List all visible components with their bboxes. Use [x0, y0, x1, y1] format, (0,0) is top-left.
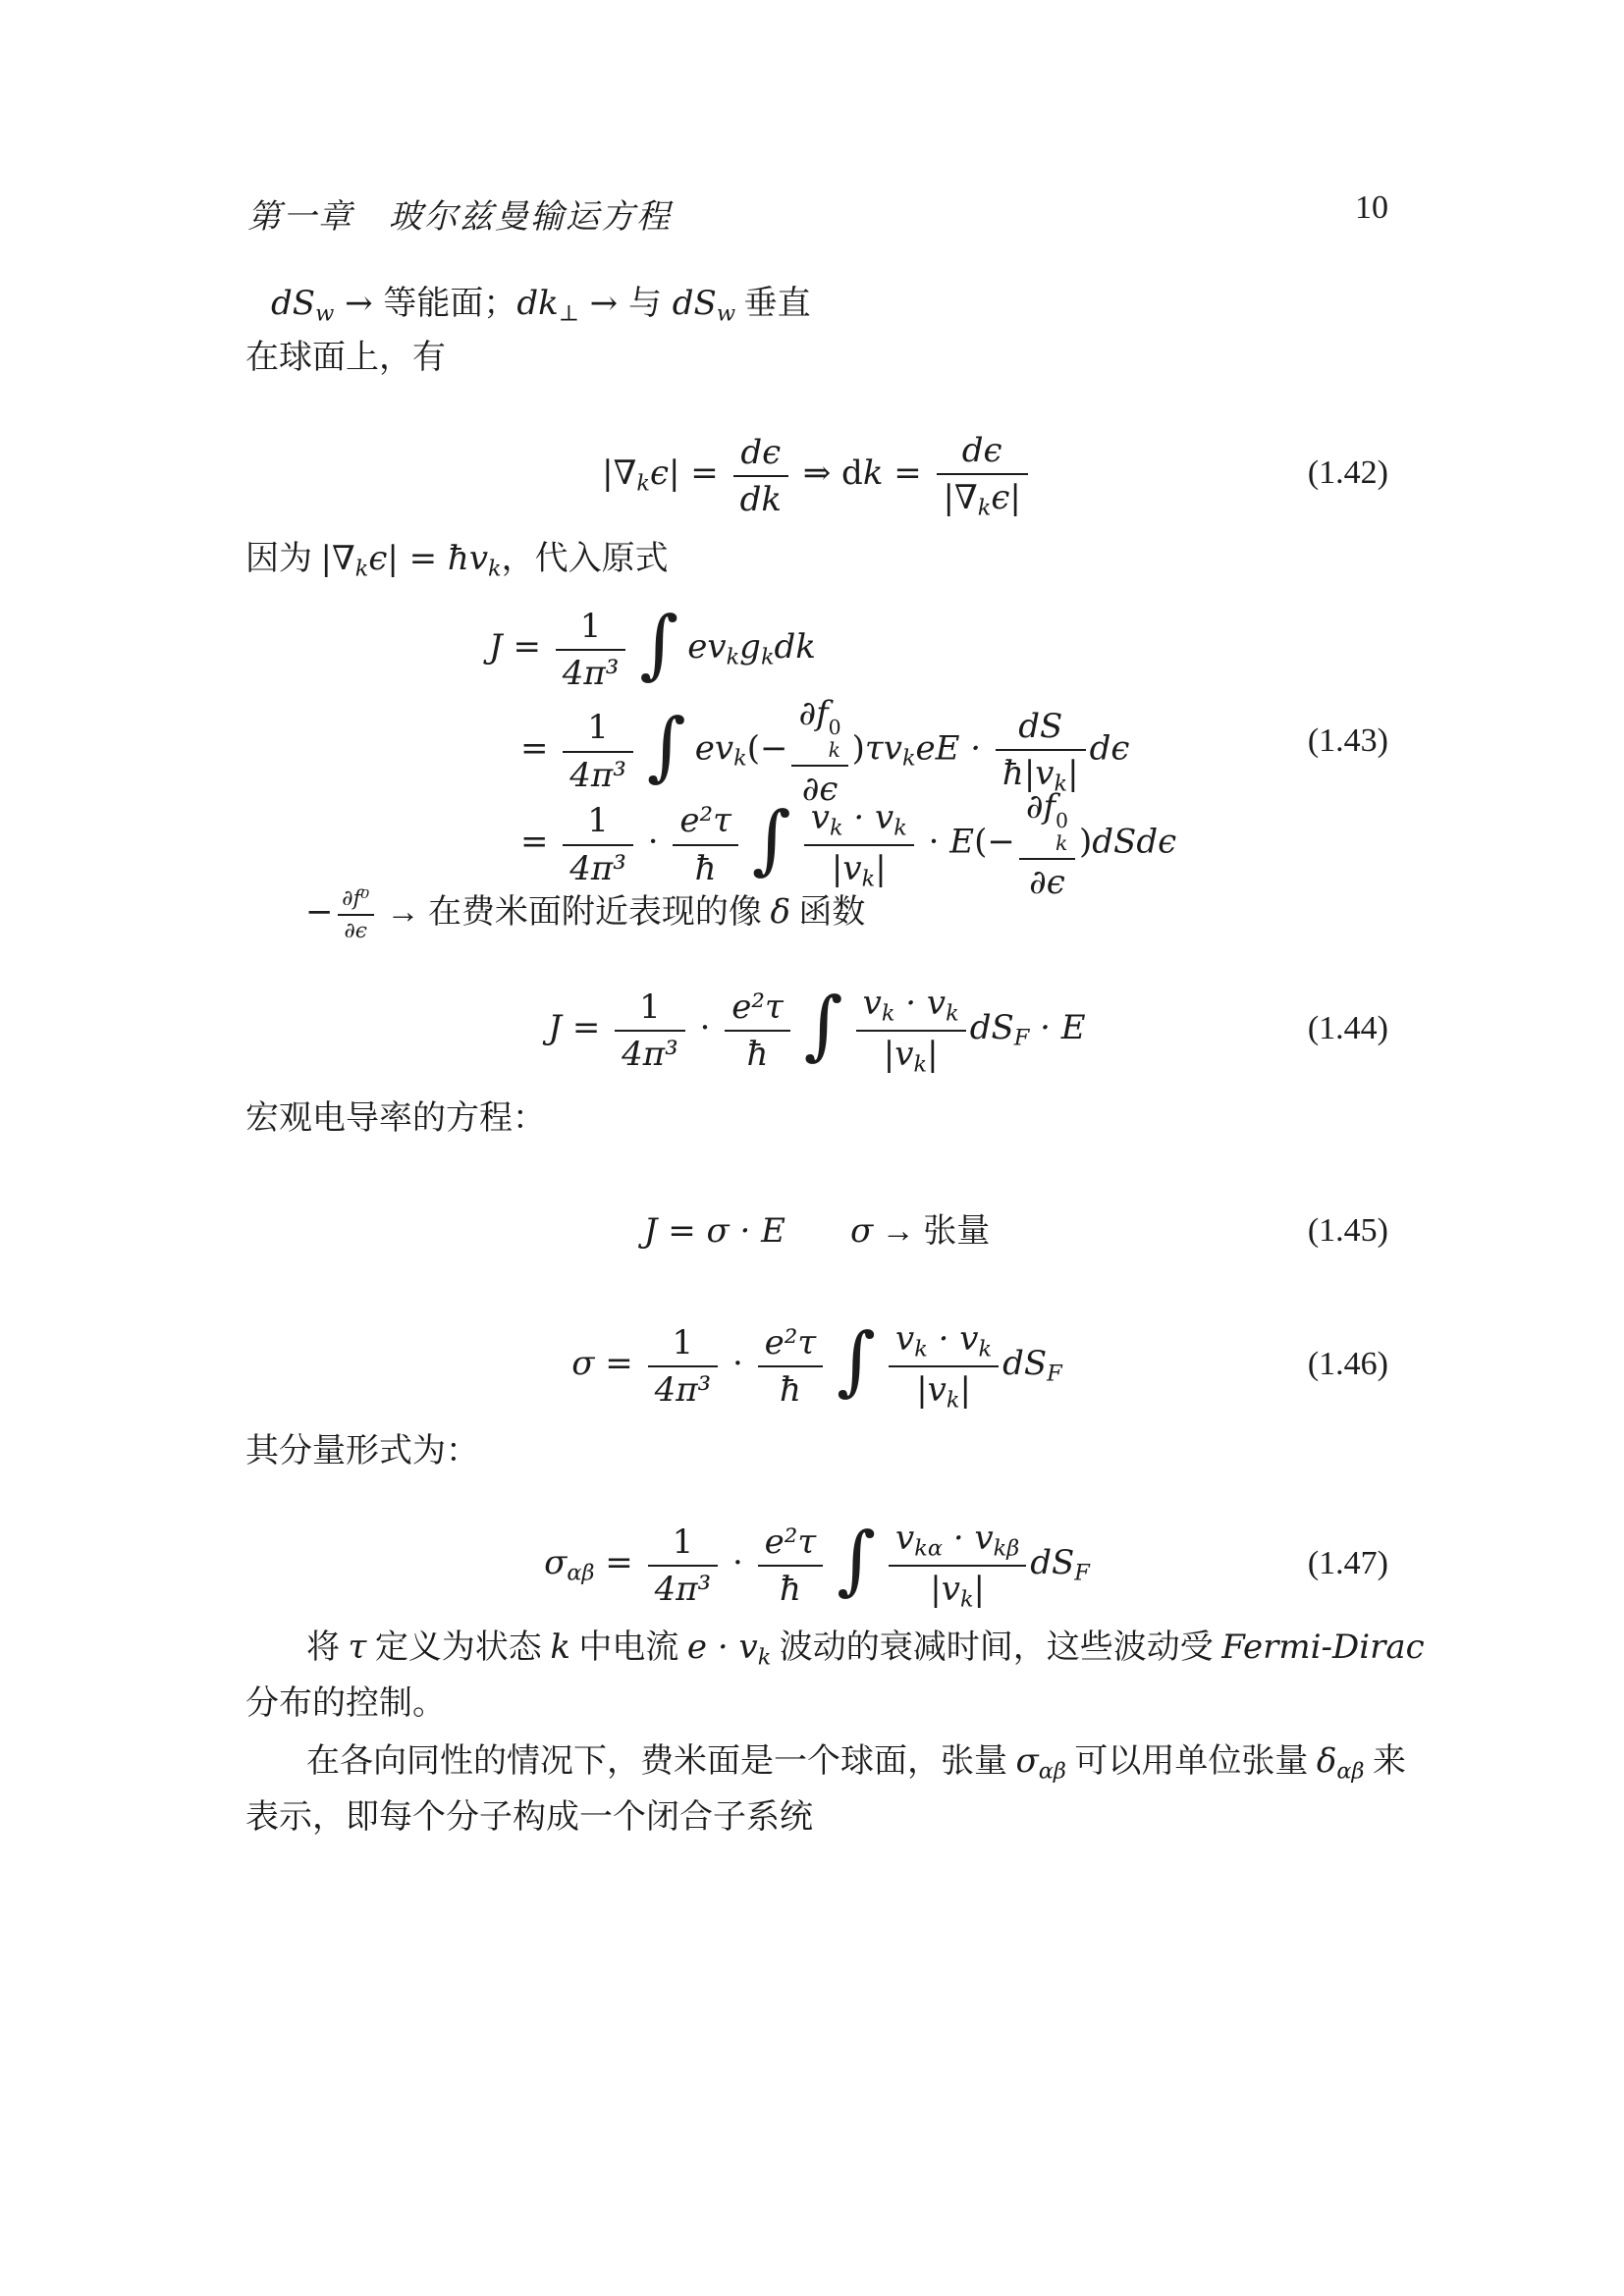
math-text: = — [679, 454, 729, 493]
equation-1-47: σαβ = 14π³ · e²τħ∫vkα · vkβ|vk|dSF (1.47… — [245, 1517, 1388, 1610]
numerator: e²τ — [758, 1522, 824, 1567]
math-text: ϵ| — [991, 478, 1021, 517]
fraction: vk · vk|vk| — [889, 1319, 999, 1414]
math-text: ⇒ d — [792, 454, 863, 493]
subscript: w — [717, 300, 735, 326]
equation-1-42: |∇kϵ| = dϵdk ⇒ dk = dϵ|∇kϵ| (1.42) — [245, 430, 1388, 516]
math-text: dS — [271, 284, 315, 323]
math-text: ∂f — [1026, 787, 1056, 827]
math-text: · — [689, 1008, 721, 1047]
numerator: e²τ — [725, 988, 790, 1032]
math-text: σ — [544, 1543, 567, 1582]
text-fragment: 垂直 — [735, 286, 811, 322]
fraction: e²τħ — [673, 801, 738, 887]
integral-sign: ∫ — [837, 1317, 876, 1405]
subscript: kα — [914, 1536, 943, 1562]
subscript: k — [893, 815, 907, 840]
equation-1-43: J = 14π³∫evkgkdk = 14π³∫evk(−∂f0k∂ϵ)τvke… — [245, 601, 1388, 881]
subscript: k — [829, 739, 840, 762]
integral-sign: ∫ — [639, 601, 678, 688]
fraction: ∂f0k∂ϵ — [1019, 787, 1075, 902]
numerator: e²τ — [758, 1323, 824, 1367]
math-text: · v — [843, 798, 894, 837]
math-text: = — [399, 539, 448, 578]
denominator: 4π³ — [615, 1032, 685, 1074]
denominator: |vk| — [856, 1032, 966, 1078]
text-fragment: 因为 — [245, 541, 321, 577]
line-component-form-intro: 其分量形式为： — [245, 1423, 479, 1471]
math-text: ev — [687, 627, 726, 667]
document-page: 第一章 玻尔兹曼输运方程 10 dSw → 等能面；dk⊥ → 与 dSw 垂直… — [0, 0, 1624, 2296]
superscript: 0 — [1056, 810, 1068, 832]
text-fragment: 来 — [1364, 1743, 1406, 1780]
numerator: 1 — [556, 607, 626, 651]
numerator: vk · vk — [856, 984, 966, 1032]
equation-number: (1.47) — [1308, 1545, 1388, 1582]
math-text: · E — [1029, 1008, 1085, 1047]
math-text: | — [974, 1570, 985, 1609]
line-delta-function-note: −∂f⁰∂ϵ → 在费米面附近表现的像 δ 函数 — [305, 881, 865, 943]
math-text: · — [722, 1543, 753, 1582]
fraction: 14π³ — [563, 708, 633, 794]
fraction: 14π³ — [563, 801, 633, 887]
equation-number: (1.44) — [1308, 1010, 1388, 1047]
math-text: = — [883, 454, 932, 493]
numerator: 1 — [615, 988, 685, 1032]
math-text: · — [637, 822, 669, 861]
superscript: 0 — [829, 717, 841, 739]
math-text: dS — [673, 284, 717, 323]
fraction: 14π³ — [648, 1323, 719, 1410]
integral-sign: ∫ — [837, 1517, 876, 1604]
numerator: dϵ — [937, 431, 1028, 475]
text-fragment: 中电流 — [570, 1629, 687, 1666]
equation-1-43-line-2: = 14π³∫evk(−∂f0k∂ϵ)τvkeE · dSħ|vk|dϵ — [245, 694, 1388, 787]
numerator: vk · vk — [804, 798, 914, 846]
math-text: k — [550, 1628, 570, 1667]
equation-1-45: J = σ · Eσ → 张量 (1.45) — [245, 1210, 1388, 1252]
math-text: ϵ| — [368, 539, 399, 578]
integral-sign: ∫ — [752, 796, 791, 883]
math-text: |∇ — [944, 478, 978, 517]
math-text: dS — [1002, 1344, 1047, 1383]
math-text: dS — [970, 1008, 1014, 1047]
math-text: ∂f — [798, 694, 828, 733]
math-text: Fermi-Dirac — [1221, 1628, 1424, 1667]
header-chapter-title: 第一章 玻尔兹曼输运方程 — [247, 189, 672, 238]
subscript: k — [1056, 832, 1067, 855]
math-text: |v — [916, 1370, 947, 1410]
subscript: k — [946, 1001, 959, 1027]
math-text: · — [918, 822, 949, 861]
equation-1-43-line-3: = 14π³ · e²τħ∫vk · vk|vk| · E(−∂f0k∂ϵ)dS… — [245, 787, 1388, 881]
fraction: e²τħ — [758, 1323, 824, 1410]
subscript: kβ — [994, 1536, 1020, 1562]
numerator: 1 — [648, 1323, 719, 1367]
subscript: k — [636, 470, 650, 496]
denominator: 4π³ — [556, 651, 626, 693]
denominator: |∇kϵ| — [937, 475, 1028, 521]
integral-sign: ∫ — [647, 703, 686, 790]
math-text: · v — [943, 1519, 994, 1558]
math-text: E — [949, 822, 974, 861]
numerator: e²τ — [673, 801, 738, 845]
text-fragment: 在各向同性的情况下，费米面是一个球面，张量 — [306, 1743, 1016, 1780]
text-fragment: → 在费米面附近表现的像 — [378, 894, 771, 931]
fraction: 14π³ — [556, 607, 626, 693]
numerator: 1 — [648, 1522, 719, 1567]
math-text: = — [520, 822, 559, 861]
math-text: = — [503, 627, 552, 667]
math-text: = — [594, 1344, 643, 1383]
subscript: k — [979, 1337, 993, 1362]
text-fragment: 定义为状态 — [366, 1629, 550, 1666]
subscript: F — [1014, 1025, 1030, 1050]
equation-1-46: σ = 14π³ · e²τħ∫vk · vk|vk|dSF (1.46) — [245, 1317, 1388, 1411]
line-surface-definitions: dSw → 等能面；dk⊥ → 与 dSw 垂直 — [271, 276, 811, 326]
denominator: ħ — [758, 1567, 824, 1609]
subscript: k — [978, 496, 992, 521]
math-text: = — [520, 728, 559, 768]
math-text: dϵ — [1090, 728, 1130, 768]
text-fragment: 可以用单位张量 — [1066, 1743, 1317, 1780]
math-text: σ — [1016, 1741, 1039, 1781]
page-number: 10 — [1355, 189, 1388, 227]
subscript: k — [914, 1337, 928, 1362]
math-text: J — [548, 1008, 562, 1047]
subscript: k — [727, 644, 740, 669]
fraction: vk · vk|vk| — [804, 798, 914, 892]
denominator: ∂ϵ — [338, 916, 374, 944]
text-fragment: 波动的衰减时间，这些波动受 — [771, 1629, 1221, 1666]
math-text: e · v — [687, 1628, 758, 1667]
math-text: |v — [930, 1570, 960, 1609]
subscript: k — [882, 1001, 895, 1027]
paragraph-line: 分布的控制。 — [245, 1676, 1394, 1732]
equation-number: (1.45) — [1308, 1212, 1388, 1250]
fraction: vk · vk|vk| — [856, 984, 966, 1078]
integral-sign: ∫ — [804, 982, 843, 1069]
numerator: dS — [996, 707, 1086, 751]
math-text: · v — [928, 1319, 979, 1359]
subscript: k — [830, 815, 843, 840]
equation-number: (1.43) — [1308, 722, 1388, 760]
equation-number: (1.42) — [1308, 454, 1388, 492]
math-text: σ — [850, 1211, 873, 1251]
denominator: |vk| — [889, 1567, 1026, 1613]
fraction: e²τħ — [758, 1522, 824, 1609]
math-text: (− — [974, 822, 1015, 861]
math-text: | — [959, 1370, 970, 1410]
math-text: v — [895, 1519, 914, 1558]
paragraph-isotropic-case: 在各向同性的情况下，费米面是一个球面，张量 σαβ 可以用单位张量 δαβ 来 … — [245, 1734, 1394, 1845]
text-fragment: → 与 — [579, 284, 673, 323]
numerator: vkα · vkβ — [889, 1519, 1026, 1567]
denominator: 4π³ — [648, 1567, 719, 1609]
equation-number: (1.46) — [1308, 1346, 1388, 1383]
paragraph-tau-definition: 将 τ 定义为状态 k 中电流 e · vk 波动的衰减时间，这些波动受 Fer… — [245, 1620, 1394, 1732]
text-fragment: → 张量 — [873, 1213, 990, 1250]
math-text: dS — [1030, 1543, 1074, 1582]
math-text: · v — [894, 984, 946, 1023]
subscript: w — [315, 300, 334, 326]
math-text: v — [811, 798, 830, 837]
math-text: J — [489, 627, 503, 667]
subscript: αβ — [1336, 1758, 1364, 1784]
math-text: | — [927, 1035, 938, 1074]
sup-sub-stack: 0k — [1056, 810, 1068, 855]
math-text: g — [739, 627, 761, 667]
math-text: dk — [775, 627, 816, 667]
math-text: · — [722, 1344, 753, 1383]
fraction: vkα · vkβ|vk| — [889, 1519, 1026, 1613]
math-text: = — [594, 1543, 643, 1582]
subscript: k — [761, 644, 775, 669]
numerator: 1 — [563, 708, 633, 752]
paragraph-line: 在各向同性的情况下，费米面是一个球面，张量 σαβ 可以用单位张量 δαβ 来 — [245, 1734, 1394, 1789]
text-fragment: 函数 — [790, 894, 866, 931]
fraction: dϵdk — [733, 433, 788, 519]
math-text: ϵ| — [650, 454, 680, 493]
fraction: dSħ|vk| — [996, 707, 1086, 797]
subscript: k — [902, 746, 916, 772]
numerator: ∂f0k — [791, 694, 847, 767]
numerator: vk · vk — [889, 1319, 999, 1367]
math-text: ) — [852, 728, 865, 768]
denominator: ħ — [725, 1032, 790, 1074]
subscript: αβ — [567, 1560, 594, 1585]
math-text: |∇ — [321, 539, 355, 578]
math-text: δ — [1317, 1741, 1336, 1781]
line-on-sphere: 在球面上，有 — [245, 330, 446, 378]
sup-sub-stack: 0k — [829, 717, 841, 762]
math-text: ħv — [448, 539, 488, 578]
fraction: 14π³ — [615, 988, 685, 1074]
paragraph-line: 将 τ 定义为状态 k 中电流 e · vk 波动的衰减时间，这些波动受 Fer… — [245, 1620, 1394, 1676]
denominator: ħ — [758, 1367, 824, 1410]
numerator: 1 — [563, 801, 633, 845]
denominator: dk — [733, 477, 788, 519]
math-text: = — [562, 1008, 611, 1047]
fraction: e²τħ — [725, 988, 790, 1074]
subscript: k — [758, 1644, 772, 1670]
fraction: dϵ|∇kϵ| — [937, 431, 1028, 521]
numerator: dϵ — [733, 433, 788, 477]
denominator: 4π³ — [648, 1367, 719, 1410]
math-text: k — [863, 454, 884, 493]
math-text: − — [305, 892, 334, 932]
math-text: eE · — [916, 728, 992, 768]
fraction: ∂f⁰∂ϵ — [338, 886, 374, 943]
subscript: F — [1047, 1361, 1062, 1386]
math-text: ev — [695, 728, 733, 768]
line-because-substitution: 因为 |∇kϵ| = ħvk，代入原式 — [245, 531, 669, 581]
subscript: αβ — [1039, 1758, 1066, 1784]
math-text: | — [875, 849, 886, 888]
math-text: dSdϵ — [1092, 822, 1176, 861]
math-text: |∇ — [602, 454, 636, 493]
subscript: k — [355, 556, 369, 581]
subscript: F — [1074, 1560, 1090, 1585]
subscript: k — [733, 746, 747, 772]
math-text: |v — [884, 1035, 914, 1074]
math-text: v — [863, 984, 882, 1023]
subscript: k — [960, 1586, 974, 1612]
equation-1-43-line-1: J = 14π³∫evkgkdk — [245, 601, 1388, 694]
math-text: (− — [747, 728, 788, 768]
equation-1-44: J = 14π³ · e²τħ∫vk · vk|vk|dSF · E (1.44… — [245, 982, 1388, 1075]
text-fragment: 将 — [306, 1629, 349, 1666]
math-text: ) — [1079, 822, 1092, 861]
math-text: δ — [770, 892, 789, 932]
math-text: σ — [571, 1344, 594, 1383]
numerator: ∂f0k — [1019, 787, 1075, 860]
math-text: v — [895, 1319, 914, 1359]
denominator: ∂ϵ — [1019, 860, 1075, 902]
math-text: J = σ · E — [644, 1211, 785, 1251]
subscript: k — [913, 1051, 927, 1077]
text-fragment: ，代入原式 — [502, 541, 669, 577]
math-text: dk — [516, 284, 558, 323]
denominator: |vk| — [889, 1367, 999, 1414]
math-text: τ — [349, 1628, 367, 1667]
subscript: k — [488, 556, 502, 581]
subscript: k — [947, 1387, 960, 1413]
paragraph-line: 表示，即每个分子构成一个闭合子系统 — [245, 1789, 1394, 1845]
line-conductivity-intro: 宏观电导率的方程： — [245, 1091, 546, 1139]
math-text: τv — [865, 728, 902, 768]
fraction: 14π³ — [648, 1522, 719, 1609]
subscript: ⊥ — [559, 300, 579, 326]
text-fragment: → 等能面； — [334, 284, 516, 323]
numerator: ∂f⁰ — [338, 886, 374, 916]
